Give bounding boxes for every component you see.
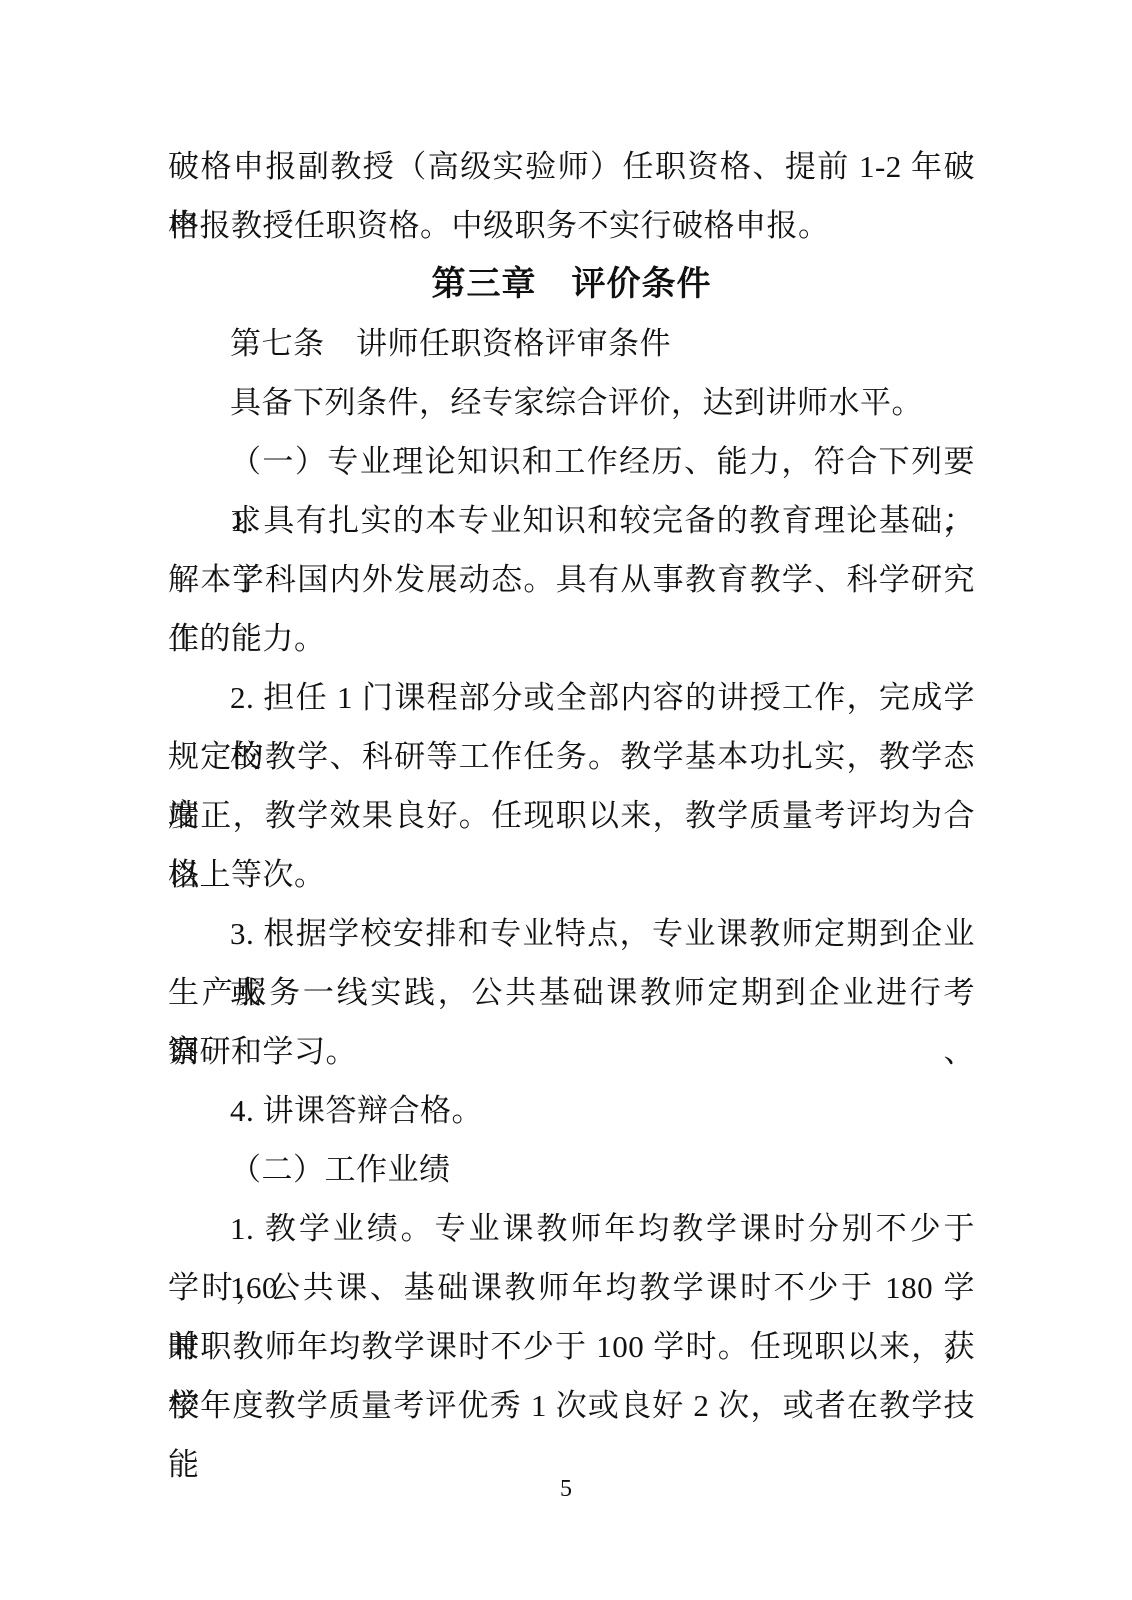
text-line: 破格申报副教授（高级实验师）任职资格、提前 1-2 年破格 (168, 137, 975, 196)
text-line: 具备下列条件，经专家综合评价，达到讲师水平。 (168, 373, 975, 432)
text-line: 生产服务一线实践，公共基础课教师定期到企业进行考察、 (168, 963, 975, 1022)
text-line: 3. 根据学校安排和专业特点，专业课教师定期到企业或 (168, 904, 975, 963)
text-line: 申报教授任职资格。中级职务不实行破格申报。 (168, 196, 975, 255)
text-line: 规定的教学、科研等工作任务。教学基本功扎实，教学态度 (168, 727, 975, 786)
text-line: 兼职教师年均教学课时不少于 100 学时。任现职以来，获学 (168, 1317, 975, 1376)
text-line: 解本学科国内外发展动态。具有从事教育教学、科学研究工 (168, 550, 975, 609)
document-page: 破格申报副教授（高级实验师）任职资格、提前 1-2 年破格 申报教授任职资格。中… (0, 0, 1132, 1600)
text-line: （二）工作业绩 (168, 1140, 975, 1199)
text-line: 2. 担任 1 门课程部分或全部内容的讲授工作，完成学校 (168, 668, 975, 727)
text-line: 端正，教学效果良好。任现职以来，教学质量考评均为合格 (168, 786, 975, 845)
text-line: 校年度教学质量考评优秀 1 次或良好 2 次，或者在教学技能 (168, 1376, 975, 1435)
text-line: 1. 教学业绩。专业课教师年均教学课时分别不少于 160 (168, 1199, 975, 1258)
text-line: 以上等次。 (168, 845, 975, 904)
article-heading-line: 第七条 讲师任职资格评审条件 (168, 314, 975, 373)
document-body: 破格申报副教授（高级实验师）任职资格、提前 1-2 年破格 申报教授任职资格。中… (168, 137, 975, 1435)
text-line: 作的能力。 (168, 609, 975, 668)
page-number: 5 (0, 1476, 1132, 1503)
text-line: （一）专业理论知识和工作经历、能力，符合下列要求： (168, 432, 975, 491)
text-line: 学时，公共课、基础课教师年均教学课时不少于 180 学时， (168, 1258, 975, 1317)
text-line: 4. 讲课答辩合格。 (168, 1081, 975, 1140)
text-line: 1. 具有扎实的本专业知识和较完备的教育理论基础，了 (168, 491, 975, 550)
chapter-heading: 第三章 评价条件 (168, 255, 975, 314)
